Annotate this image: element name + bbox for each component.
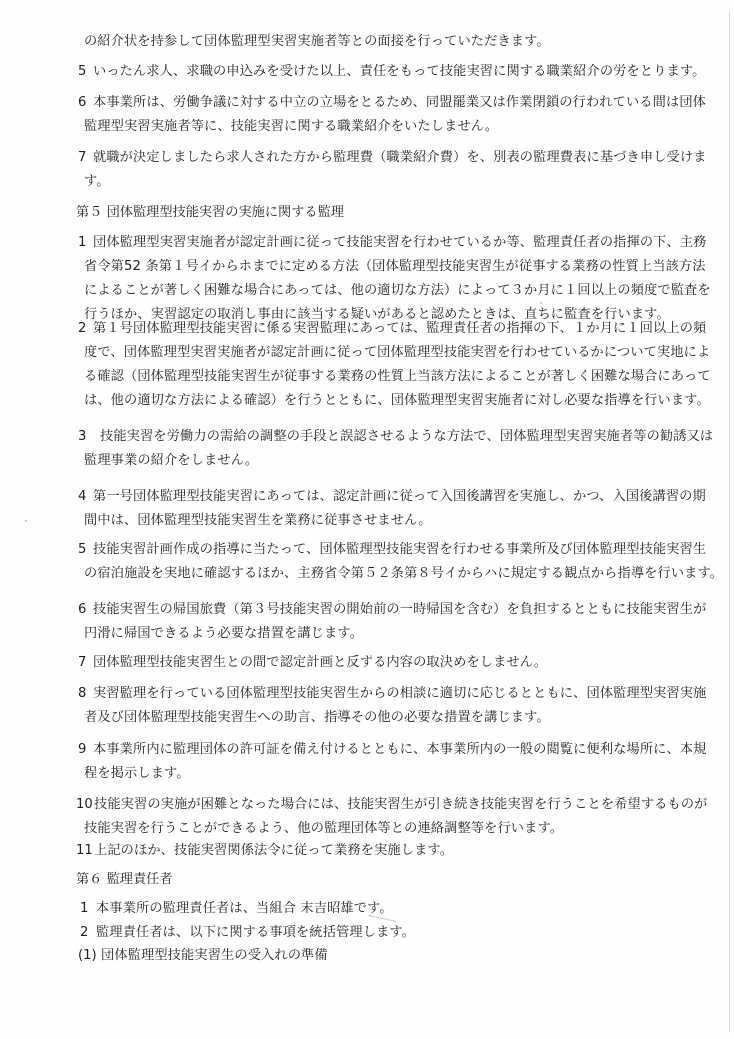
item-number: 1 [78,235,86,251]
item-text: によることが著しく困難な場合にあっては、他の適切な方法）によって３か月に１回以上… [84,283,711,299]
section-5-heading: 第５ 団体監理型技能実習の実施に関する監理 [76,205,344,221]
item-text: 程を掲示します。 [84,766,190,782]
item-text: 就職が決定しましたら求人された方から監理費（職業紹介費）を、別表の監理費表に基づ… [93,150,707,166]
item-text: 技能実習生の帰国旅費（第３号技能実習の開始前の一時帰国を含む）を負担するとともに… [93,602,707,618]
item-number: 6 [78,602,86,618]
item-text: 団体監理型実習実施者が認定計画に従って技能実習を行わせているか等、監理責任者の指… [93,235,707,251]
item-text: す。 [84,174,110,190]
item-text: 技能実習を労働力の需給の調整の手段と誤認させるような方法で、団体監理型実習実施者… [100,429,713,445]
scan-speck [370,655,372,657]
continuation-text: の紹介状を持参して団体監理型実習実施者等との面接を行っていただきます。 [84,34,550,50]
item-number: 1 [80,901,88,917]
item-text: は、他の適切な方法による確認）を行うとともに、団体監理型実習実施者に対し必要な指… [84,393,710,409]
scan-edge-line [729,12,730,1032]
item-text: いったん求人、求職の申込みを受けた以上、責任をもって技能実習に関する職業紹介の労… [93,64,705,80]
item-number: 11 [76,843,93,859]
item-text: 者及び団体監理型技能実習生への助言、指導その他の必要な措置を講じます。 [84,710,550,726]
item-text: 監理責任者は、以下に関する事項を統括管理します。 [96,925,415,941]
scan-speck [540,302,542,304]
item-number: 2 [78,321,86,337]
section-6-heading: 第６ 監理責任者 [76,872,173,888]
item-text: る確認（団体監理型技能実習生が従事する業務の性質上当該方法によることが著しく困難… [84,369,711,385]
item-text: 技能実習計画作成の指導に当たって、団体監理型技能実習を行わせる事業所及び団体監理… [93,542,706,558]
item-text: 度で、団体監理型実習実施者が認定計画に従って団体監理型技能実習を行わせているかに… [84,345,710,361]
item-text: 第一号団体監理型技能実習にあっては、認定計画に従って入国後講習を実施し、かつ、入… [93,489,706,505]
item-text: 上記のほか、技能実習関係法令に従って業務を実施します。 [94,843,453,859]
item-text: 技能実習を行うことができるよう、他の監理団体等との連絡調整等を行います。 [84,821,563,837]
scanned-document-page: の紹介状を持参して団体監理型実習実施者等との面接を行っていただきます。 5 いっ… [0,0,734,1039]
item-text: 監理型実習実施者等に、技能実習に関する職業紹介をいたしません。 [84,119,498,135]
item-number: 5 [78,542,86,558]
item-text: 第１号団体監理型技能実習に係る実習監理にあっては、監理責任者の指揮の下、１か月に… [93,321,706,337]
item-text: 本事業所の監理責任者は、当組合 末吉昭雄です。 [96,901,393,917]
item-text: 監理事業の紹介をしません。 [84,453,258,469]
item-number: 4 [78,489,86,505]
item-text: 実習監理を行っている団体監理型技能実習生からの相談に適切に応じるとともに、団体監… [93,686,707,702]
item-number: 6 [78,95,86,111]
item-text: の宿泊施設を実地に確認するほか、主務省令第５２条第８号イからハに規定する観点から… [84,566,723,582]
item-number: 2 [80,925,88,941]
item-number: 5 [78,64,86,80]
item-number: 10 [76,797,93,813]
item-text: 本事業所内に監理団体の許可証を備え付けるとともに、本事業所内の一般の閲覧に便利な… [93,742,707,758]
item-number: 3 [78,429,86,445]
item-text: 技能実習の実施が困難となった場合には、技能実習生が引き続き技能実習を行うことを希… [94,797,708,813]
scan-speck [338,600,340,602]
item-number: (1) [78,948,97,964]
item-number: 9 [78,742,86,758]
item-text: 団体監理型技能実習生の受入れの準備 [101,948,328,964]
item-text: 間中は、団体監理型技能実習生を業務に従事させません。 [84,513,432,529]
item-text: 省令第52 条第１号イからホまでに定める方法（団体監理型技能実習生が従事する業務… [84,259,706,275]
item-text: 団体監理型技能実習生との間で認定計画と反する内容の取決めをしません。 [93,655,547,671]
item-text: 本事業所は、労働争議に対する中立の立場をとるため、同盟罷業又は作業閉鎖の行われて… [93,95,706,111]
scan-speck [25,520,27,522]
item-number: 7 [78,655,86,671]
item-text: 円滑に帰国できるよう必要な措置を講じます。 [84,626,363,642]
item-number: 7 [78,150,86,166]
item-number: 8 [78,686,86,702]
